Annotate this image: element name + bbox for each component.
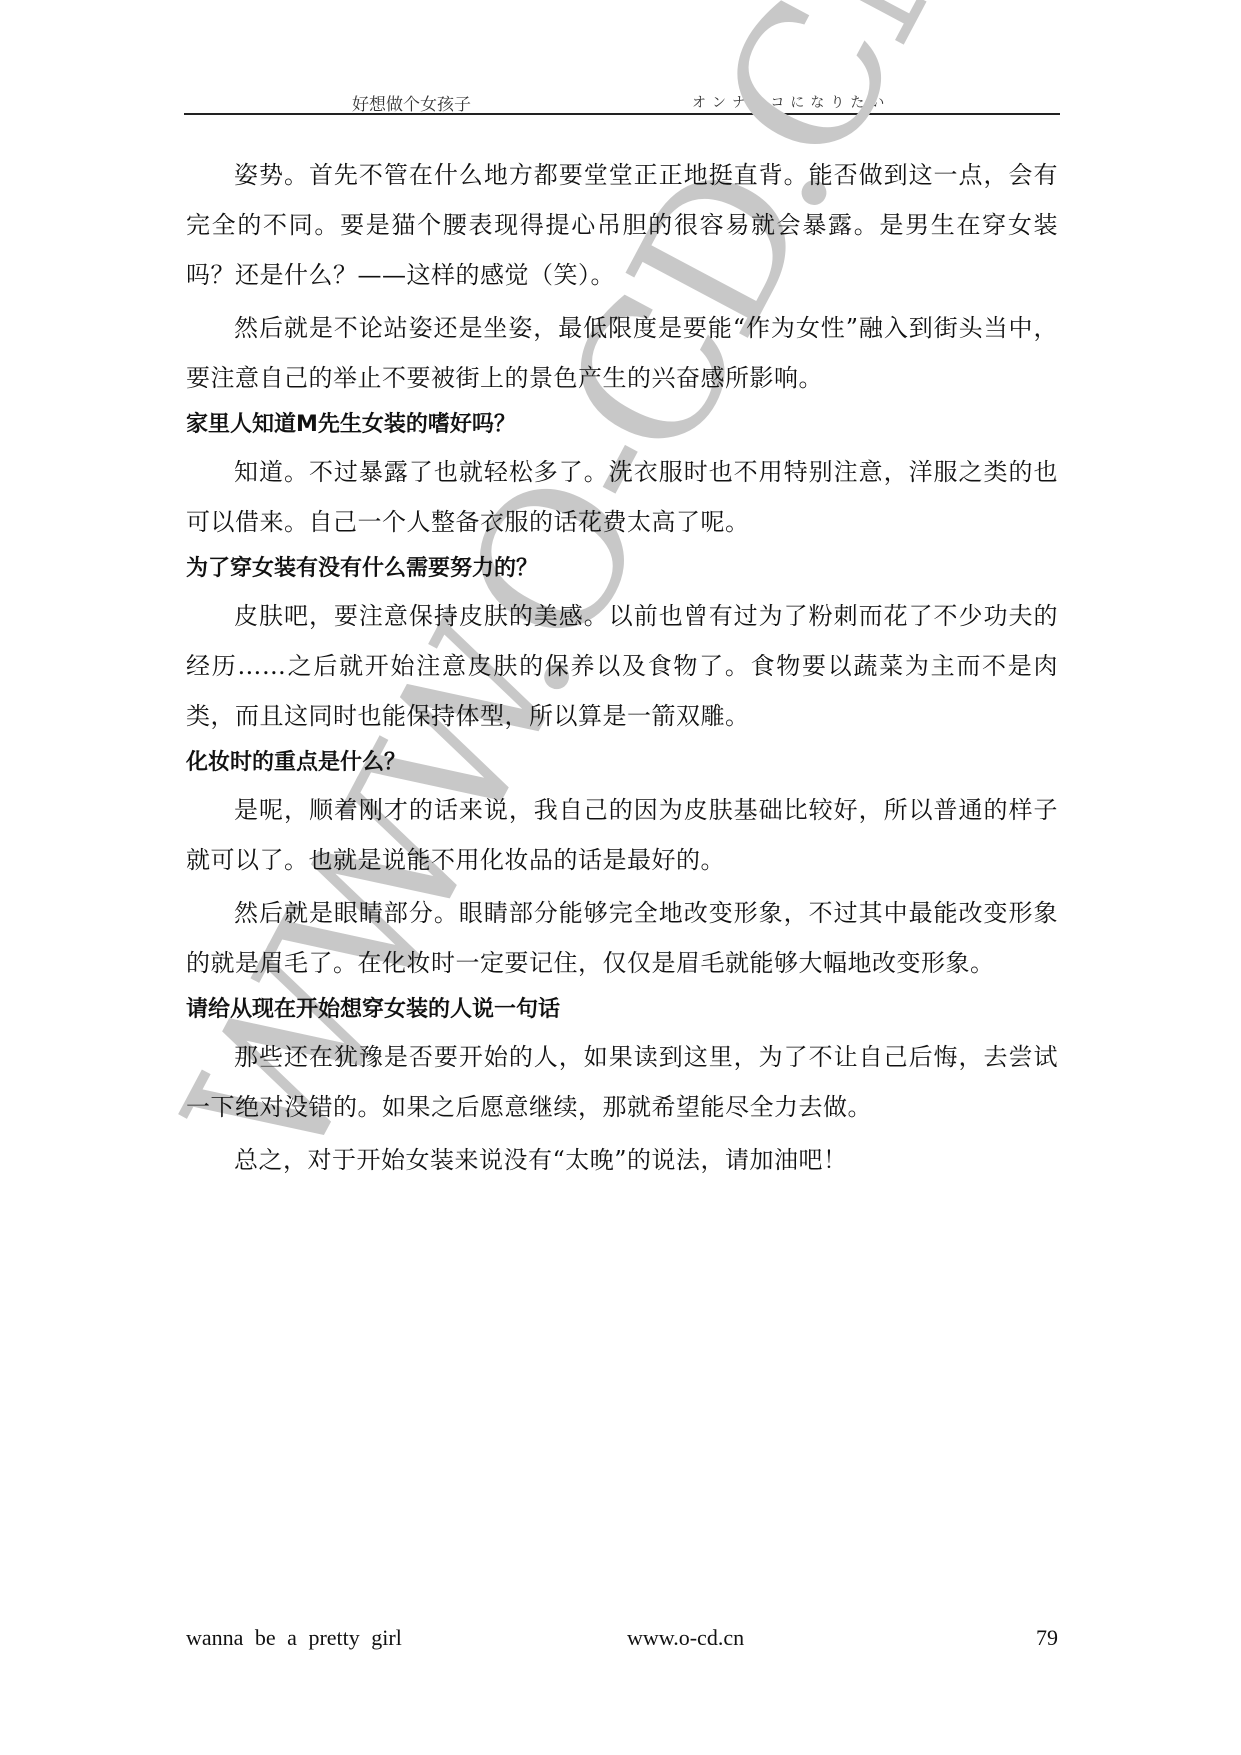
paragraph: 姿势。首先不管在什么地方都要堂堂正正地挺直背。能否做到这一点，会有完全的不同。要…	[186, 150, 1058, 300]
page-number: 79	[1036, 1625, 1058, 1651]
paragraph: 然后就是不论站姿还是坐姿，最低限度是要能“作为女性”融入到街头当中，要注意自己的…	[186, 303, 1058, 403]
paragraph: 知道。不过暴露了也就轻松多了。洗衣服时也不用特别注意，洋服之类的也可以借来。自己…	[186, 447, 1058, 547]
footer-website: www.o-cd.cn	[627, 1625, 744, 1651]
interview-question: 为了穿女装有没有什么需要努力的？	[186, 547, 1058, 591]
header-title-japanese: オンナノコになりたい	[692, 92, 890, 112]
interview-question: 化妆时的重点是什么？	[186, 741, 1058, 785]
header-title-chinese: 好想做个女孩子	[352, 90, 471, 115]
interview-question: 请给从现在开始想穿女装的人说一句话	[186, 988, 1058, 1032]
paragraph: 然后就是眼睛部分。眼睛部分能够完全地改变形象，不过其中最能改变形象的就是眉毛了。…	[186, 888, 1058, 988]
interview-question: 家里人知道M先生女装的嗜好吗？	[186, 403, 1058, 447]
header-divider	[184, 113, 1060, 115]
paragraph: 总之，对于开始女装来说没有“太晚”的说法，请加油吧！	[186, 1135, 1058, 1185]
paragraph: 皮肤吧，要注意保持皮肤的美感。以前也曾有过为了粉刺而花了不少功夫的经历……之后就…	[186, 591, 1058, 741]
paragraph: 那些还在犹豫是否要开始的人，如果读到这里，为了不让自己后悔，去尝试一下绝对没错的…	[186, 1032, 1058, 1132]
article-body: 姿势。首先不管在什么地方都要堂堂正正地挺直背。能否做到这一点，会有完全的不同。要…	[186, 150, 1058, 1185]
footer-book-title: wanna be a pretty girl	[186, 1625, 402, 1651]
page-footer: wanna be a pretty girl www.o-cd.cn 79	[186, 1625, 1058, 1655]
paragraph: 是呢，顺着刚才的话来说，我自己的因为皮肤基础比较好，所以普通的样子就可以了。也就…	[186, 785, 1058, 885]
page-header: 好想做个女孩子 オンナノコになりたい	[184, 84, 1060, 114]
